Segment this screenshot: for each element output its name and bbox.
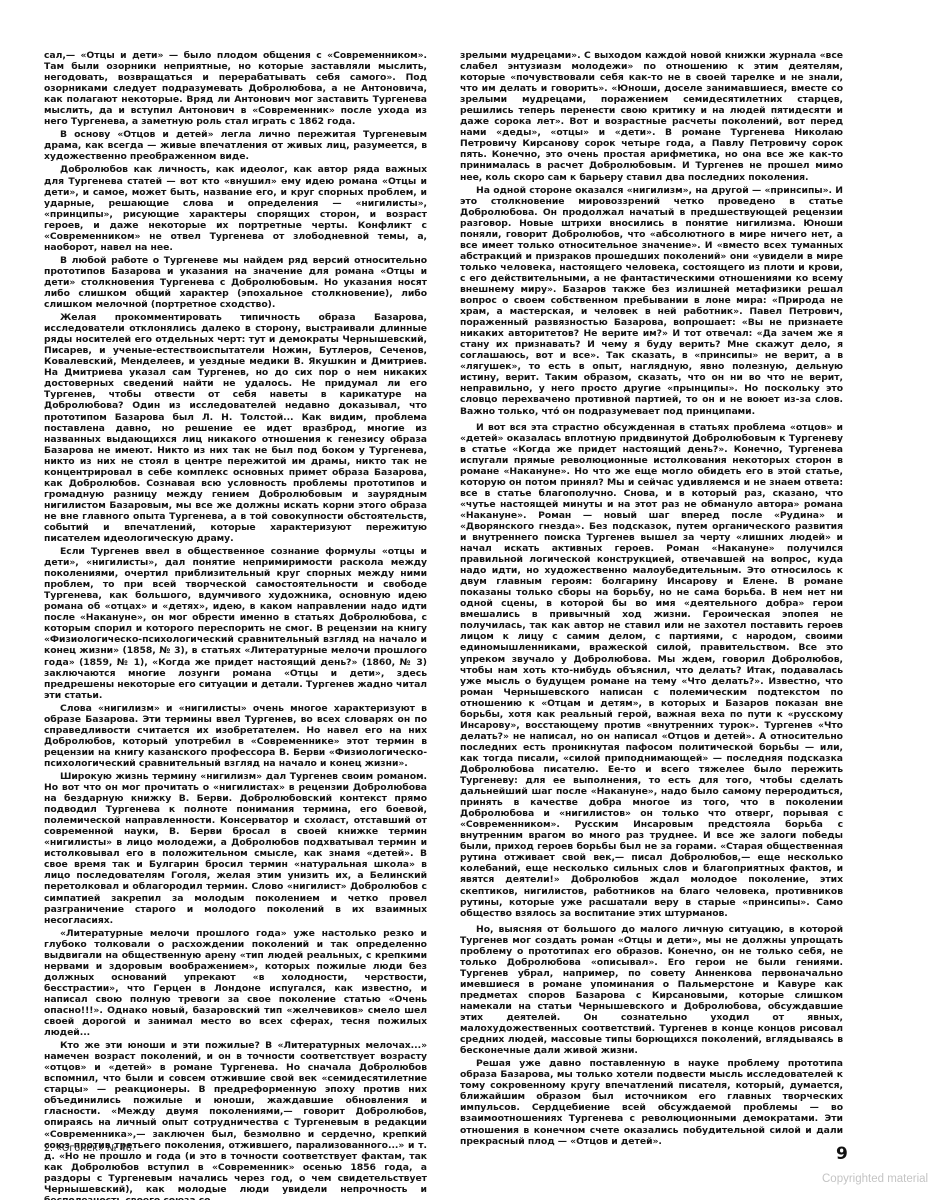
- paragraph-text: , настоящего человека, состоящего из пло…: [460, 262, 843, 417]
- paragraph: Слова «нигилизм» и «нигилисты» очень мно…: [44, 703, 427, 769]
- paragraph: сал,— «Отцы и дети» — было плодом общени…: [44, 50, 427, 127]
- magazine-page: сал,— «Отцы и дети» — было плодом общени…: [0, 0, 931, 1200]
- page-number: 9: [836, 1144, 848, 1164]
- article-column-left: сал,— «Отцы и дети» — было плодом общени…: [44, 50, 427, 1200]
- paragraph: И вот вся эта страстно обсужденная в ста…: [460, 422, 843, 919]
- copyright-watermark: Copyrighted material: [822, 1173, 928, 1185]
- paragraph: зрелыми мудрецами». С выходом каждой нов…: [460, 50, 843, 183]
- paragraph: Если Тургенев ввел в общественное сознан…: [44, 546, 427, 701]
- paragraph: В основу «Отцов и детей» легла лично пер…: [44, 129, 427, 162]
- emphasized-word: человека: [500, 262, 552, 273]
- article-column-right: зрелыми мудрецами». С выходом каждой нов…: [460, 50, 843, 1149]
- paragraph: Кто же эти юноши и эти пожилые? В «Литер…: [44, 1040, 427, 1200]
- paragraph: В любой работе о Тургеневе мы найдем ряд…: [44, 255, 427, 310]
- paragraph-text: На одной стороне оказался «нигилизм», на…: [460, 185, 843, 273]
- paragraph: Решая уже давно поставленную в науке про…: [460, 1058, 843, 1146]
- paragraph: Но, выясняя от большого до малого личную…: [460, 924, 843, 1057]
- paragraph: «Литературные мелочи прошлого года» уже …: [44, 928, 427, 1038]
- paragraph: На одной стороне оказался «нигилизм», на…: [460, 185, 843, 417]
- issue-footer: 2. «Огонек» № 46.: [44, 1143, 135, 1154]
- paragraph: Добролюбов как личность, как идеолог, ка…: [44, 164, 427, 252]
- paragraph: Желая прокомментировать типичность образ…: [44, 312, 427, 544]
- paragraph: Широкую жизнь термину «нигилизм» дал Тур…: [44, 771, 427, 926]
